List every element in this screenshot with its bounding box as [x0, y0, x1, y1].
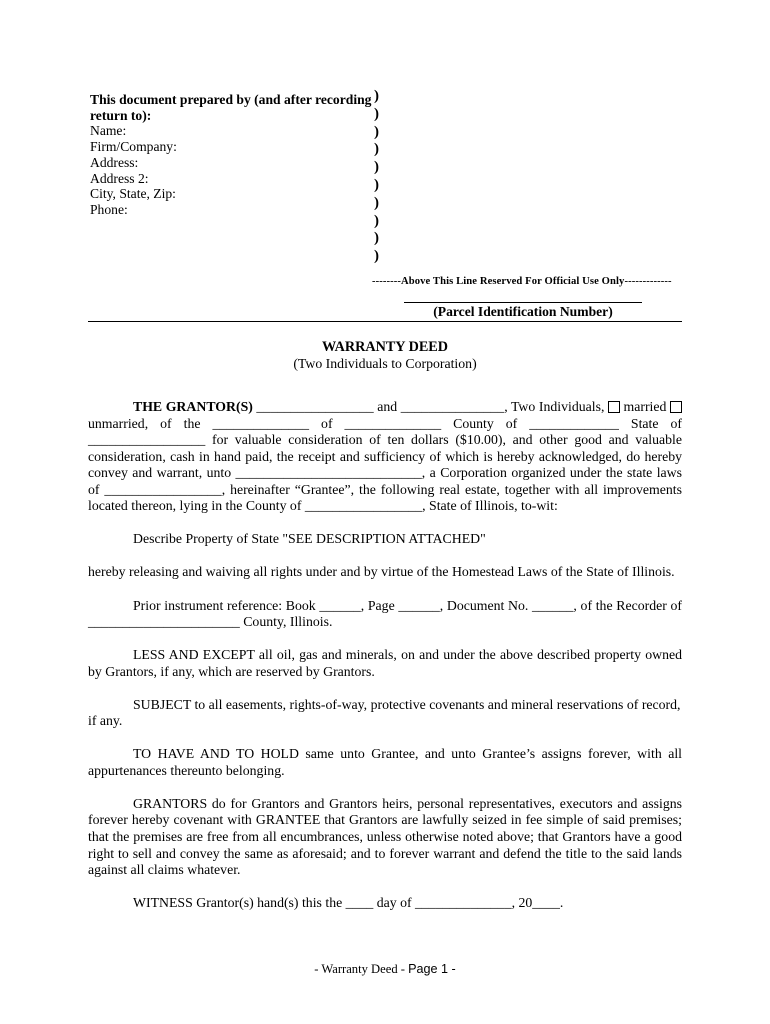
parcel-id-group: (Parcel Identification Number) — [404, 302, 642, 320]
footer-page-number: Page 1 - — [408, 962, 456, 976]
document-title: WARRANTY DEED — [88, 339, 682, 356]
page-footer: - Warranty Deed - Page 1 - — [0, 962, 770, 977]
homestead-clause: hereby releasing and waiving all rights … — [88, 564, 682, 581]
to-have-and-hold-clause: TO HAVE AND TO HOLD same unto Grantee, a… — [88, 746, 682, 779]
field-label-firm-company: Firm/Company: — [90, 139, 386, 155]
paren-glyph: ) — [374, 159, 379, 177]
paren-glyph: ) — [374, 195, 379, 213]
prepared-by-block: This document prepared by (and after rec… — [90, 92, 386, 218]
paren-glyph: ) — [374, 230, 379, 248]
paren-glyph: ) — [374, 141, 379, 159]
prepared-by-heading: This document prepared by (and after rec… — [90, 92, 386, 123]
paren-glyph: ) — [374, 213, 379, 231]
describe-property-line: Describe Property of State "SEE DESCRIPT… — [88, 531, 682, 548]
grantor-lead: THE GRANTOR(S) — [133, 399, 253, 414]
grantor-paragraph: THE GRANTOR(S) _________________ and ___… — [88, 399, 682, 515]
official-use-note: --------Above This Line Reserved For Off… — [372, 276, 672, 287]
paren-glyph: ) — [374, 124, 379, 142]
warranty-deed-page: This document prepared by (and after rec… — [0, 0, 770, 1024]
subject-clause: SUBJECT to all easements, rights-of-way,… — [88, 697, 682, 730]
field-label-address2: Address 2: — [90, 171, 386, 187]
parcel-id-label: (Parcel Identification Number) — [433, 304, 612, 319]
witness-line: WITNESS Grantor(s) hand(s) this the ____… — [88, 895, 682, 912]
field-label-phone: Phone: — [90, 202, 386, 218]
grantor-paragraph-rest: unmarried, of the ______________ of ____… — [88, 416, 682, 514]
married-label: married — [620, 399, 670, 414]
paren-glyph: ) — [374, 177, 379, 195]
recorder-paren-column: ) ) ) ) ) ) ) ) ) ) — [374, 88, 379, 266]
footer-doc-label: - Warranty Deed - — [314, 962, 408, 976]
grantor-names-blanks: _________________ and _______________, T… — [253, 399, 608, 414]
prior-instrument-clause: Prior instrument reference: Book ______,… — [88, 598, 682, 631]
grantors-covenant-clause: GRANTORS do for Grantors and Grantors he… — [88, 796, 682, 879]
paren-glyph: ) — [374, 106, 379, 124]
field-label-name: Name: — [90, 123, 386, 139]
married-checkbox[interactable] — [608, 401, 620, 413]
document-subtitle: (Two Individuals to Corporation) — [88, 356, 682, 373]
title-block: WARRANTY DEED (Two Individuals to Corpor… — [88, 339, 682, 372]
field-label-address: Address: — [90, 155, 386, 171]
paren-glyph: ) — [374, 88, 379, 106]
less-and-except-clause: LESS AND EXCEPT all oil, gas and mineral… — [88, 647, 682, 680]
paren-glyph: ) — [374, 248, 379, 266]
unmarried-checkbox[interactable] — [670, 401, 682, 413]
recording-header: This document prepared by (and after rec… — [88, 0, 682, 322]
field-label-city-state-zip: City, State, Zip: — [90, 186, 386, 202]
deed-body: WARRANTY DEED (Two Individuals to Corpor… — [88, 322, 682, 912]
